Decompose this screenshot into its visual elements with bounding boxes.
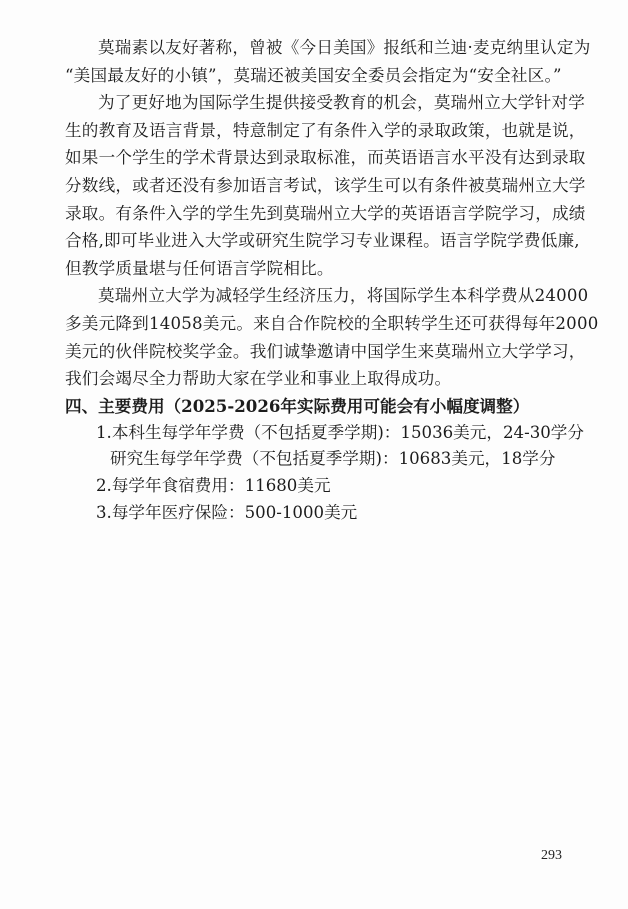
- body-text: 莫瑞素以友好著称，曾被《今日美国》报纸和兰迪·麦克纳里认定为 “美国最友好的小镇…: [65, 34, 565, 526]
- section-heading: 四、主要费用（2025-2026年实际费用可能会有小幅度调整）: [65, 393, 565, 420]
- fee-item-tuition-graduate: 研究生每学年学费（不包括夏季学期)：10683美元，18学分: [65, 446, 565, 473]
- text-line: 如果一个学生的学术背景达到录取标准，而英语语言水平没有达到录取: [65, 144, 565, 172]
- text-line: 录取。有条件入学的学生先到莫瑞州立大学的英语语言学院学习，成绩: [65, 200, 565, 228]
- paragraph-tuition-reduction: 莫瑞州立大学为减轻学生经济压力，将国际学生本科学费从24000 多美元降到140…: [65, 282, 565, 392]
- section-main-fees: 四、主要费用（2025-2026年实际费用可能会有小幅度调整） 1.本科生每学年…: [65, 393, 565, 526]
- page-number: 293: [541, 848, 562, 864]
- text-line: 莫瑞素以友好著称，曾被《今日美国》报纸和兰迪·麦克纳里认定为: [65, 34, 565, 62]
- text-line: 生的教育及语言背景，特意制定了有条件入学的录取政策，也就是说，: [65, 117, 565, 145]
- document-page: 莫瑞素以友好著称，曾被《今日美国》报纸和兰迪·麦克纳里认定为 “美国最友好的小镇…: [0, 0, 628, 909]
- text-line: 莫瑞州立大学为减轻学生经济压力，将国际学生本科学费从24000: [65, 282, 565, 310]
- paragraph-conditional-admission: 为了更好地为国际学生提供接受教育的机会，莫瑞州立大学针对学 生的教育及语言背景，…: [65, 89, 565, 282]
- fee-item-health-insurance: 3.每学年医疗保险：500-1000美元: [65, 500, 565, 527]
- text-line: 多美元降到14058美元。来自合作院校的全职转学生还可获得每年2000: [65, 310, 565, 338]
- paragraph-friendly-town: 莫瑞素以友好著称，曾被《今日美国》报纸和兰迪·麦克纳里认定为 “美国最友好的小镇…: [65, 34, 565, 89]
- text-line: 但教学质量堪与任何语言学院相比。: [65, 255, 565, 283]
- fee-item-room-board: 2.每学年食宿费用：11680美元: [65, 473, 565, 500]
- text-line: 我们会竭尽全力帮助大家在学业和事业上取得成功。: [65, 365, 565, 393]
- text-line: 分数线，或者还没有参加语言考试，该学生可以有条件被莫瑞州立大学: [65, 172, 565, 200]
- text-line: “美国最友好的小镇”，莫瑞还被美国安全委员会指定为“安全社区。”: [65, 62, 565, 90]
- text-line: 为了更好地为国际学生提供接受教育的机会，莫瑞州立大学针对学: [65, 89, 565, 117]
- text-line: 合格,即可毕业进入大学或研究生院学习专业课程。语言学院学费低廉,: [65, 227, 565, 255]
- fee-item-tuition-undergrad: 1.本科生每学年学费（不包括夏季学期)：15036美元，24-30学分: [65, 420, 565, 447]
- text-line: 美元的伙伴院校奖学金。我们诚挚邀请中国学生来莫瑞州立大学学习，: [65, 338, 565, 366]
